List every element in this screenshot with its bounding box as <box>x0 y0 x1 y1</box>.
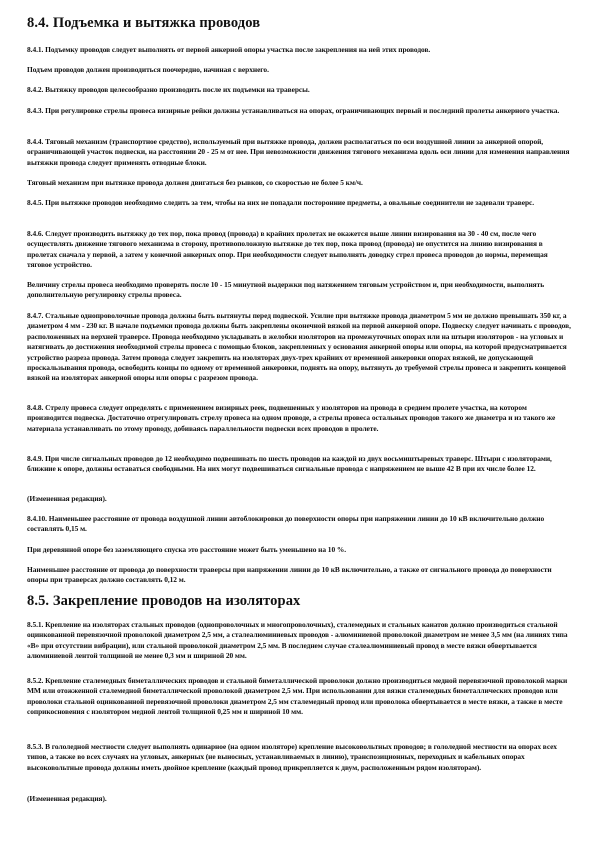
paragraph: 8.4.6. Следует производить вытяжку до те… <box>27 229 572 271</box>
paragraph: 8.5.3. В гололедной местности следует вы… <box>27 742 572 773</box>
paragraph: (Измененная редакция). <box>27 494 572 504</box>
paragraph: Наименьшее расстояние от провода до пове… <box>27 565 572 586</box>
paragraph: 8.4.7. Стальные однопроволочные провода … <box>27 311 572 384</box>
paragraph: 8.4.3. При регулировке стрелы провеса ви… <box>27 106 572 116</box>
paragraph: Тяговый механизм при вытяжке провода дол… <box>27 178 572 188</box>
paragraph: Подъем проводов должен производиться поо… <box>27 65 572 75</box>
paragraph: 8.4.8. Стрелу провеса следует определять… <box>27 403 572 434</box>
paragraph: 8.4.5. При вытяжке проводов необходимо с… <box>27 198 572 208</box>
paragraph: При деревянной опоре без заземляющего сп… <box>27 545 572 555</box>
paragraph: 8.5.1. Крепление на изоляторах стальных … <box>27 620 572 662</box>
paragraph: (Измененная редакция). <box>27 794 572 804</box>
paragraph: 8.4.10. Наименьшее расстояние от провода… <box>27 514 572 535</box>
paragraph: 8.4.4. Тяговый механизм (транспортное ср… <box>27 137 572 168</box>
paragraph: Величину стрелы провеса необходимо прове… <box>27 280 572 301</box>
section-title: 8.4. Подъемка и вытяжка проводов <box>27 15 260 32</box>
paragraph: 8.4.2. Вытяжку проводов целесообразно пр… <box>27 85 572 95</box>
section-title: 8.5. Закрепление проводов на изоляторах <box>27 593 300 610</box>
paragraph: 8.5.2. Крепление сталемедных биметалличе… <box>27 676 572 718</box>
paragraph: 8.4.9. При числе сигнальных проводов до … <box>27 454 572 475</box>
paragraph: 8.4.1. Подъемку проводов следует выполня… <box>27 45 572 55</box>
